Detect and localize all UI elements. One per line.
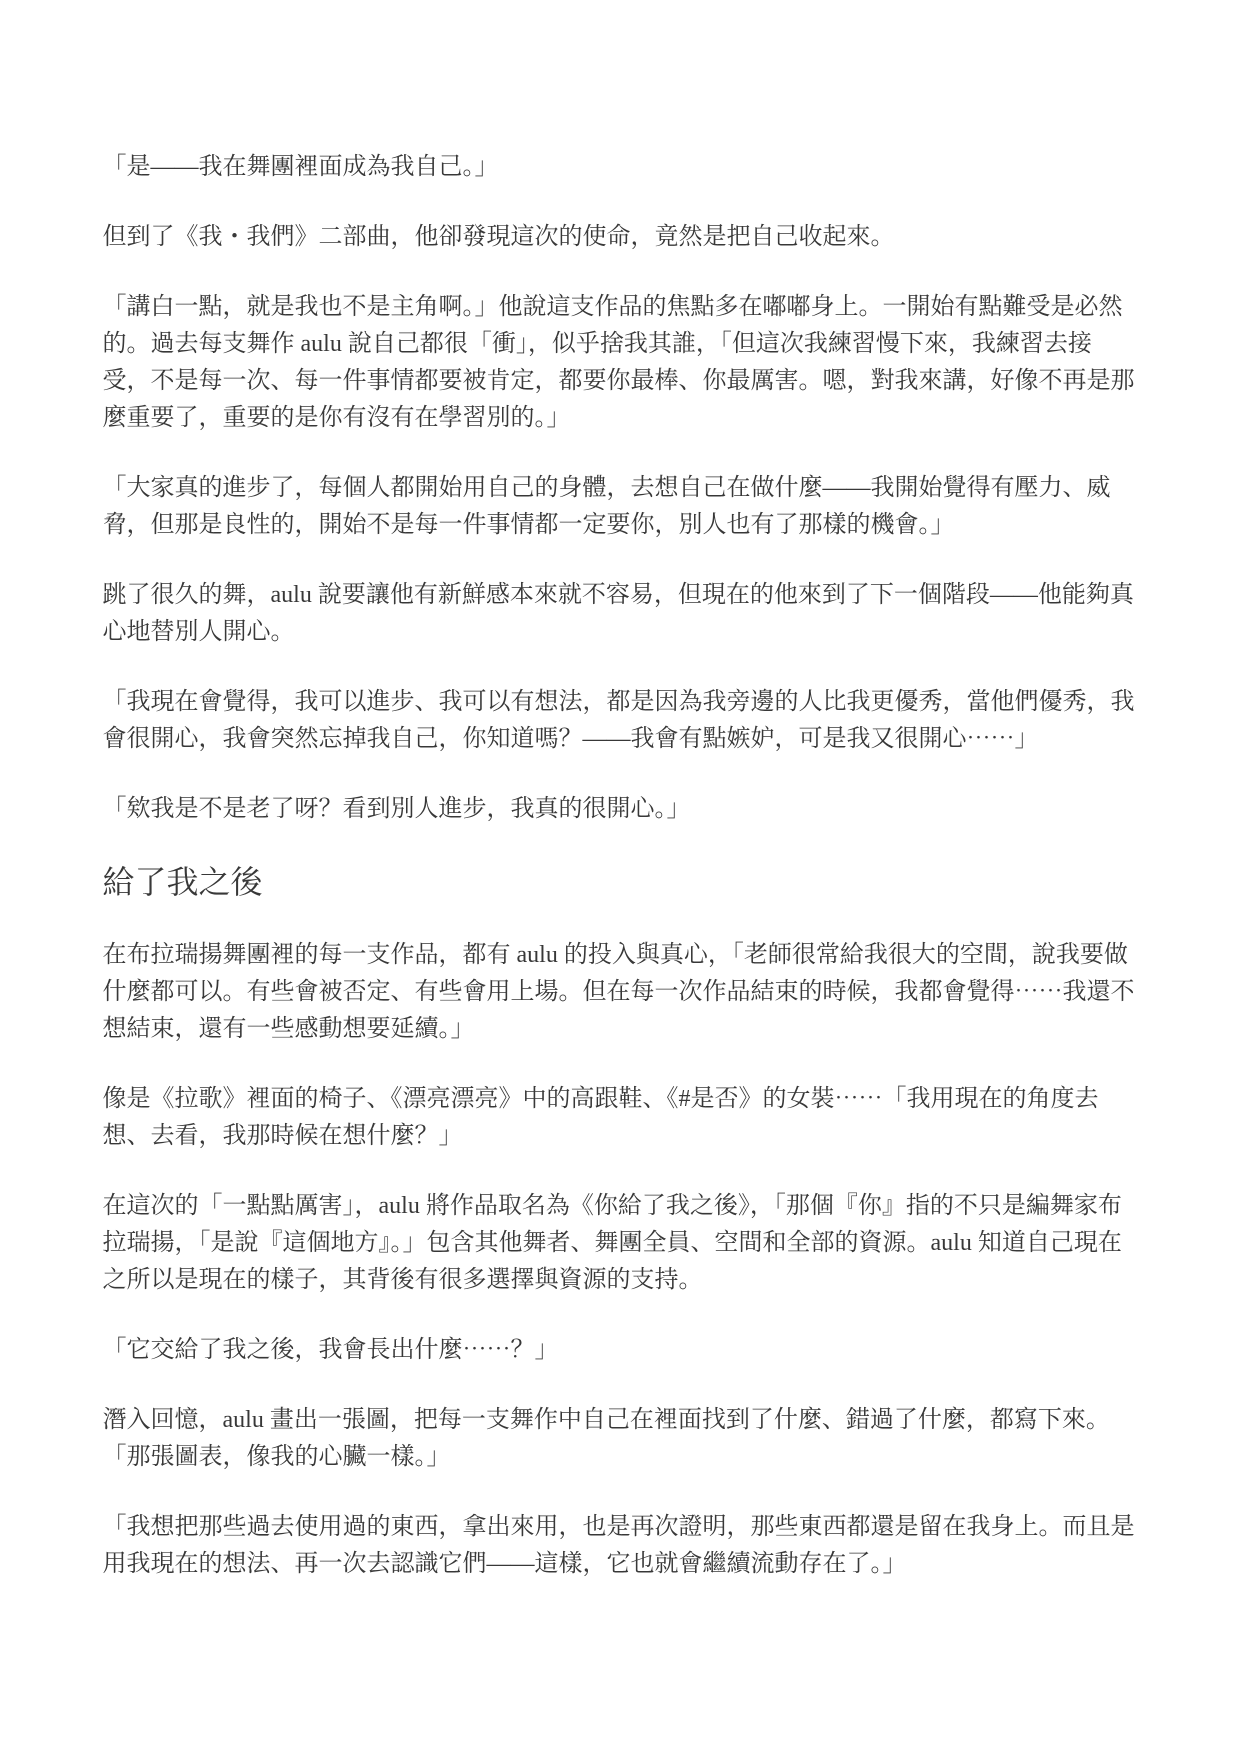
paragraph-quote: 「它交給了我之後，我會長出什麼⋯⋯？」 — [103, 1332, 1139, 1369]
paragraph: 在布拉瑞揚舞團裡的每一支作品，都有 aulu 的投入與真心，「老師很常給我很大的… — [103, 937, 1139, 1048]
paragraph-quote: 「講白一點，就是我也不是主角啊。」他說這支作品的焦點多在嘟嘟身上。一開始有點難受… — [103, 289, 1139, 437]
section-heading: 給了我之後 — [103, 861, 1139, 903]
paragraph: 但到了《我・我們》二部曲，他卻發現這次的使命，竟然是把自己收起來。 — [103, 219, 1139, 256]
paragraph-quote: 「大家真的進步了，每個人都開始用自己的身體，去想自己在做什麼——我開始覺得有壓力… — [103, 470, 1139, 544]
paragraph: 像是《拉歌》裡面的椅子、《漂亮漂亮》中的高跟鞋、《#是否》的女裝⋯⋯「我用現在的… — [103, 1081, 1139, 1155]
paragraph: 潛入回憶，aulu 畫出一張圖，把每一支舞作中自己在裡面找到了什麼、錯過了什麼，… — [103, 1402, 1139, 1476]
paragraph-quote: 「我想把那些過去使用過的東西，拿出來用，也是再次證明，那些東西都還是留在我身上。… — [103, 1509, 1139, 1583]
article-page: 「是——我在舞團裡面成為我自己。」 但到了《我・我們》二部曲，他卻發現這次的使命… — [103, 0, 1139, 1583]
paragraph: 跳了很久的舞，aulu 說要讓他有新鮮感本來就不容易，但現在的他來到了下一個階段… — [103, 577, 1139, 651]
paragraph-quote: 「欸我是不是老了呀？看到別人進步，我真的很開心。」 — [103, 791, 1139, 828]
paragraph-quote: 「是——我在舞團裡面成為我自己。」 — [103, 149, 1139, 186]
paragraph: 在這次的「一點點厲害」，aulu 將作品取名為《你給了我之後》，「那個『你』指的… — [103, 1188, 1139, 1299]
paragraph-quote: 「我現在會覺得，我可以進步、我可以有想法，都是因為我旁邊的人比我更優秀，當他們優… — [103, 684, 1139, 758]
